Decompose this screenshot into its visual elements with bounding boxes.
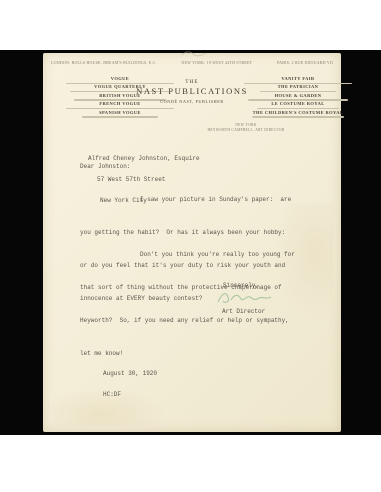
microprint-line [257, 108, 340, 110]
reference-initials: HC:DF [103, 391, 157, 398]
publication-title: HOUSE & GARDEN [239, 94, 357, 99]
publication-title: VANITY FAIR [239, 77, 357, 82]
handwritten-signature [213, 289, 277, 307]
signed-title: Art Director [222, 308, 265, 315]
publication-title: LE COSTUME ROYAL [239, 102, 357, 107]
microprint-line [252, 116, 344, 118]
letterhead-offices-row: LONDON: ROLLS HOUSE, BREAM'S BUILDINGS, … [51, 60, 333, 65]
body-line: Don't you think you're really too young … [80, 249, 295, 260]
publication-title: THE PATRICIAN [239, 85, 357, 90]
office-london: LONDON: ROLLS HOUSE, BREAM'S BUILDINGS, … [51, 60, 157, 65]
letter-date: August 30, 1920 [103, 370, 157, 377]
masthead-title: NAST PUBLICATIONS [132, 87, 252, 96]
body-line: Heyworth? So, if you need any relief or … [80, 315, 295, 326]
office-note-person: HEYWORTH CAMPBELL, ART DIRECTOR [191, 128, 301, 133]
office-new-york: NEW YORK: 19 WEST 44TH STREET [181, 60, 252, 65]
masthead-the: THE [132, 80, 252, 85]
letter-photograph: LONDON: ROLLS HOUSE, BREAM'S BUILDINGS, … [0, 50, 381, 435]
closing: Sincerely, [223, 282, 259, 289]
dateline-block: August 30, 1920 HC:DF [103, 356, 157, 412]
masthead: THE NAST PUBLICATIONS CONDÉ NAST, PUBLIS… [132, 80, 252, 104]
letter-paper: LONDON: ROLLS HOUSE, BREAM'S BUILDINGS, … [43, 53, 341, 432]
publications-column-right: VANITY FAIR THE PATRICIAN HOUSE & GARDEN… [239, 77, 357, 119]
body-line: I saw your picture in Sunday's paper: ar… [80, 194, 291, 205]
salutation: Dear Johnston: [80, 163, 130, 170]
publication-title: SPANISH VOGUE [61, 111, 179, 116]
masthead-publisher: CONDÉ NAST, PUBLISHER [132, 99, 252, 104]
office-paris: PARIS: 2 RUE EDOUARD VII [277, 60, 333, 65]
recipient-name: Alfred Cheney Johnston, Esquire [88, 155, 200, 162]
publication-title: THE CHILDREN'S COSTUME ROYAL [239, 111, 357, 116]
office-note: NEW YORK HEYWORTH CAMPBELL, ART DIRECTOR [191, 123, 301, 133]
paper-edge-wrinkle [181, 51, 207, 57]
microprint-line [66, 108, 175, 110]
microprint-line [82, 116, 158, 118]
